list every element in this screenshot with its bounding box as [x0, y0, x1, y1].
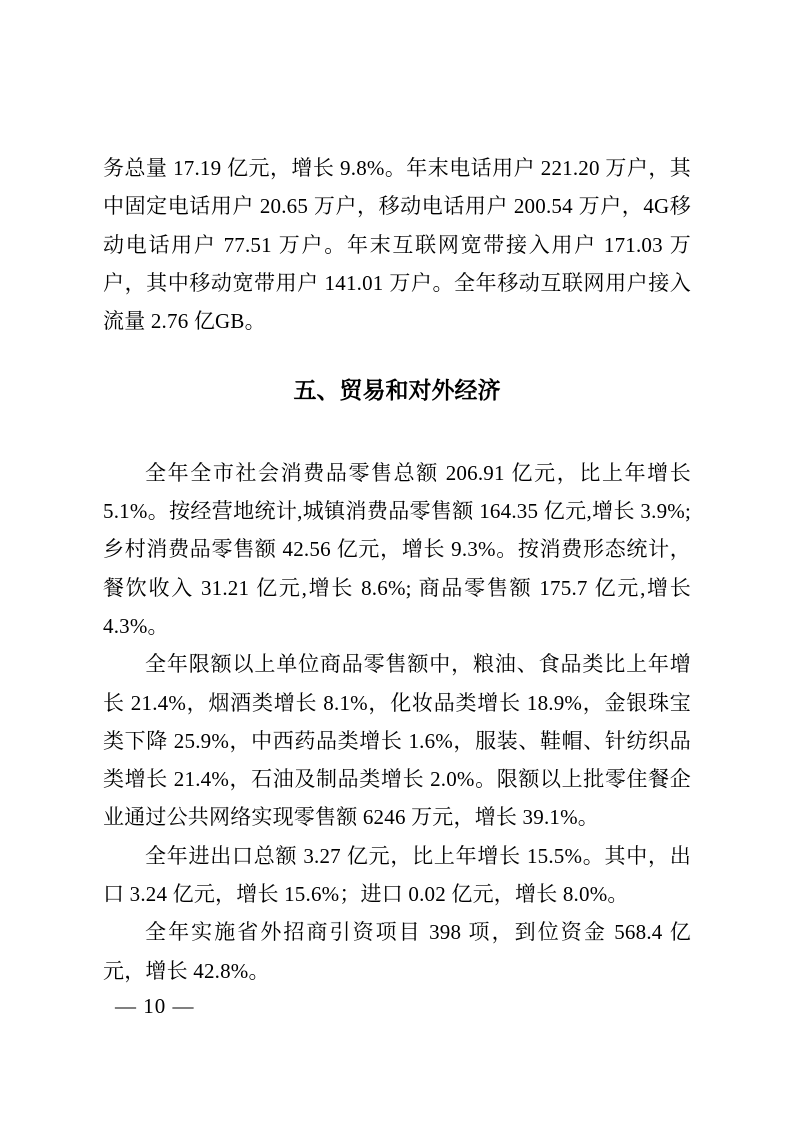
document-page: 务总量 17.19 亿元，增长 9.8%。年末电话用户 221.20 万户，其中…: [0, 0, 794, 1123]
section-heading-trade-and-foreign-economy: 五、贸易和对外经济: [103, 371, 691, 409]
paragraph-telecom-continuation: 务总量 17.19 亿元，增长 9.8%。年末电话用户 221.20 万户，其中…: [103, 149, 691, 340]
document-body: 务总量 17.19 亿元，增长 9.8%。年末电话用户 221.20 万户，其中…: [103, 149, 691, 990]
paragraph-import-export: 全年进出口总额 3.27 亿元，比上年增长 15.5%。其中，出口 3.24 亿…: [103, 837, 691, 914]
paragraph-commodity-categories: 全年限额以上单位商品零售额中，粮油、食品类比上年增长 21.4%，烟酒类增长 8…: [103, 645, 691, 836]
paragraph-retail-sales: 全年全市社会消费品零售总额 206.91 亿元，比上年增长 5.1%。按经营地统…: [103, 454, 691, 645]
paragraph-investment-projects: 全年实施省外招商引资项目 398 项，到位资金 568.4 亿元，增长 42.8…: [103, 913, 691, 990]
page-number: — 10 —: [115, 994, 195, 1018]
